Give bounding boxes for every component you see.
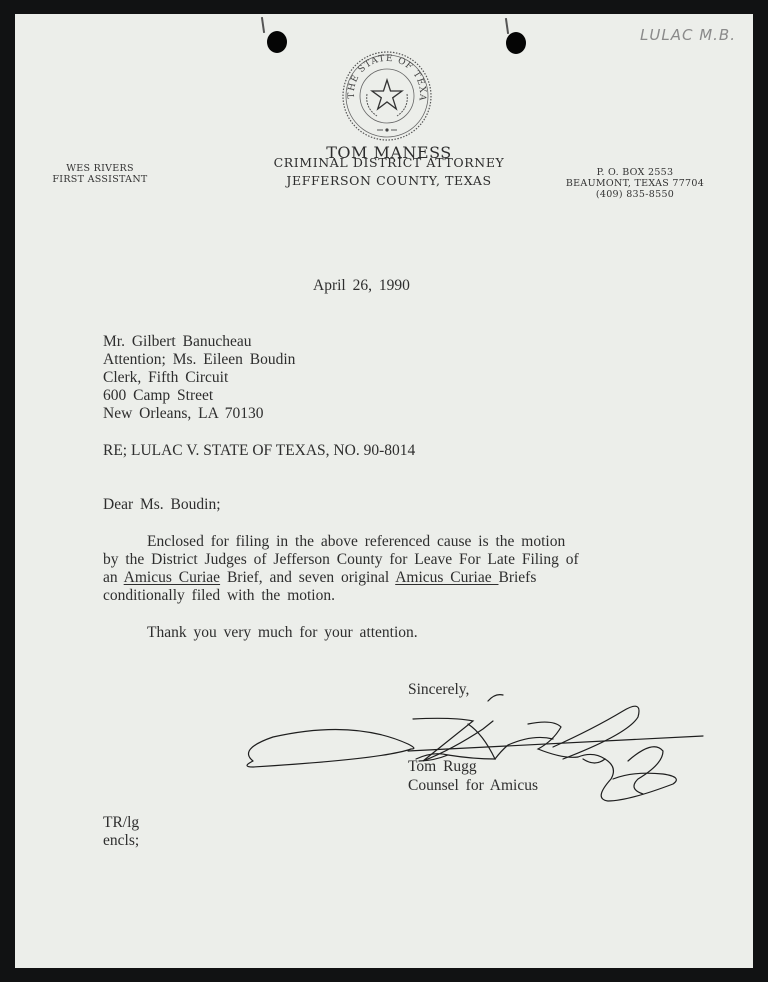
letterhead-title: CRIMINAL DISTRICT ATTORNEY [265,155,513,170]
punch-hole [506,32,526,54]
signer-name: Tom Rugg [408,757,538,776]
body-line: by the District Judges of Jefferson Coun… [103,551,663,569]
state-of-texas-seal-icon: THE STATE OF TEXAS [341,50,433,142]
first-assistant-title: FIRST ASSISTANT [40,174,160,185]
enclosures-note: encls; [103,832,139,850]
underlined-term: Amicus Curiae [124,569,220,586]
signer-title: Counsel for Amicus [408,776,538,795]
recipient-address: Mr. Gilbert Banucheau Attention; Ms. Eil… [103,333,295,423]
body-line: an Amicus Curiae Brief, and seven origin… [103,569,663,587]
punch-hole [267,31,287,53]
reference-block: TR/lg encls; [103,814,139,850]
body-paragraph: Enclosed for filing in the above referen… [103,533,663,605]
recipient-line: New Orleans, LA 70130 [103,405,295,423]
punch-mark [505,18,509,34]
letter-date: April 26, 1990 [313,277,410,295]
signature-block: Tom Rugg Counsel for Amicus [408,757,538,795]
letterhead-left-block: WES RIVERS FIRST ASSISTANT [40,163,160,185]
handwritten-note: LULAC M.B. [640,26,736,44]
letter-page: LULAC M.B. THE STATE OF TEXAS TOM MANESS… [15,14,753,968]
city-state-zip: BEAUMONT, TEXAS 77704 [555,178,715,189]
punch-mark [261,17,265,33]
first-assistant-name: WES RIVERS [40,163,160,174]
letterhead-county: JEFFERSON COUNTY, TEXAS [265,173,513,188]
po-box: P. O. BOX 2553 [555,167,715,178]
underlined-term: Amicus Curiae [395,569,498,586]
re-line: RE; LULAC V. STATE OF TEXAS, NO. 90-8014 [103,442,415,460]
body-line: conditionally filed with the motion. [103,587,663,605]
thank-you-paragraph: Thank you very much for your attention. [147,624,418,642]
typist-initials: TR/lg [103,814,139,832]
letterhead-address-block: P. O. BOX 2553 BEAUMONT, TEXAS 77704 (40… [555,167,715,200]
phone-number: (409) 835-8550 [555,189,715,200]
body-line: Enclosed for filing in the above referen… [103,533,663,551]
recipient-line: Mr. Gilbert Banucheau [103,333,295,351]
recipient-line: Attention; Ms. Eileen Boudin [103,351,295,369]
salutation: Dear Ms. Boudin; [103,496,221,514]
recipient-line: 600 Camp Street [103,387,295,405]
recipient-line: Clerk, Fifth Circuit [103,369,295,387]
